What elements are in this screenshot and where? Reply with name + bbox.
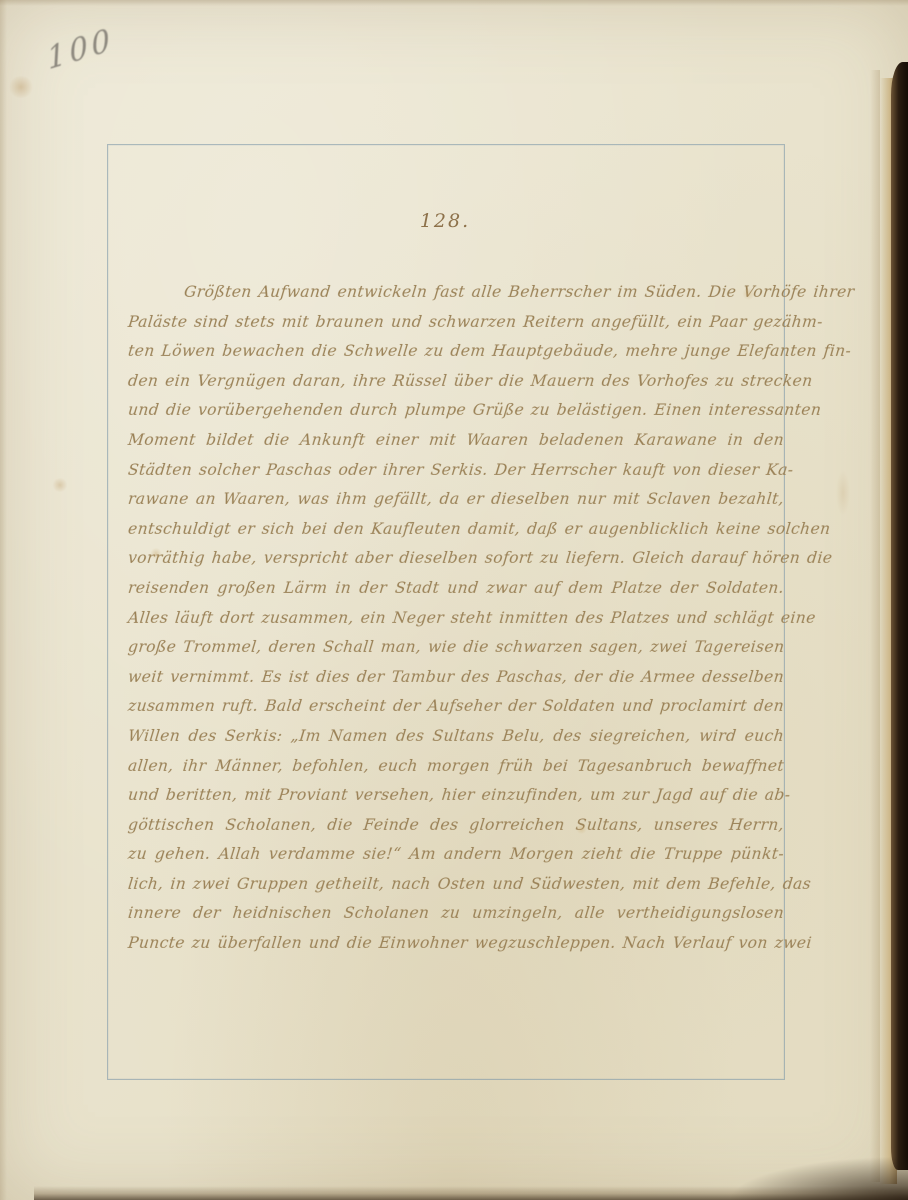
manuscript-line: Willen des Serkis: „Im Namen des Sultans…	[126, 722, 785, 752]
pencil-annotation: 100	[45, 22, 116, 78]
foxing-stain	[8, 76, 34, 98]
manuscript-line: Puncte zu überfallen und die Einwohner w…	[126, 929, 785, 959]
manuscript-line: große Trommel, deren Schall man, wie die…	[126, 633, 785, 663]
manuscript-line: reisenden großen Lärm in der Stadt und z…	[126, 574, 785, 604]
foxing-stain	[836, 470, 850, 516]
manuscript-line: weit vernimmt. Es ist dies der Tambur de…	[126, 663, 785, 693]
manuscript-line: göttischen Scholanen, die Feinde des glo…	[126, 811, 785, 841]
manuscript-line: rawane an Waaren, was ihm gefällt, da er…	[126, 485, 785, 515]
manuscript-line: ten Löwen bewachen die Schwelle zu dem H…	[126, 337, 785, 367]
manuscript-line: Alles läuft dort zusammen, ein Neger ste…	[126, 604, 785, 634]
manuscript-line: Städten solcher Paschas oder ihrer Serki…	[126, 456, 785, 486]
manuscript-scan: 100 128. Größten Aufwand entwickeln fast…	[0, 0, 908, 1200]
manuscript-line: Größten Aufwand entwickeln fast alle Beh…	[126, 278, 785, 308]
manuscript-line: allen, ihr Männer, befohlen, euch morgen…	[126, 752, 785, 782]
manuscript-line: Paläste sind stets mit braunen und schwa…	[126, 308, 785, 338]
handwritten-text-block: Größten Aufwand entwickeln fast alle Beh…	[128, 278, 784, 959]
scan-edge-top-shadow	[0, 0, 908, 6]
manuscript-line: zusammen ruft. Bald erscheint der Aufseh…	[126, 692, 785, 722]
manuscript-line: und beritten, mit Proviant versehen, hie…	[126, 781, 785, 811]
book-edge-right	[891, 62, 908, 1170]
manuscript-line: den ein Vergnügen daran, ihre Rüssel übe…	[126, 367, 785, 397]
manuscript-line: innere der heidnischen Scholanen zu umzi…	[126, 899, 785, 929]
manuscript-line: entschuldigt er sich bei den Kaufleuten …	[126, 515, 785, 545]
manuscript-line: zu gehen. Allah verdamme sie!“ Am andern…	[126, 840, 785, 870]
page-curl-shading	[870, 70, 880, 1182]
foxing-stain	[52, 478, 68, 492]
page-number: 128.	[380, 210, 510, 232]
manuscript-line: Moment bildet die Ankunft einer mit Waar…	[126, 426, 785, 456]
manuscript-line: und die vorübergehenden durch plumpe Grü…	[126, 396, 785, 426]
book-edge-corner-shadow	[728, 1156, 908, 1200]
manuscript-line: vorräthig habe, verspricht aber dieselbe…	[126, 544, 785, 574]
manuscript-line: lich, in zwei Gruppen getheilt, nach Ost…	[126, 870, 785, 900]
scan-edge-left-shadow	[0, 0, 7, 1200]
